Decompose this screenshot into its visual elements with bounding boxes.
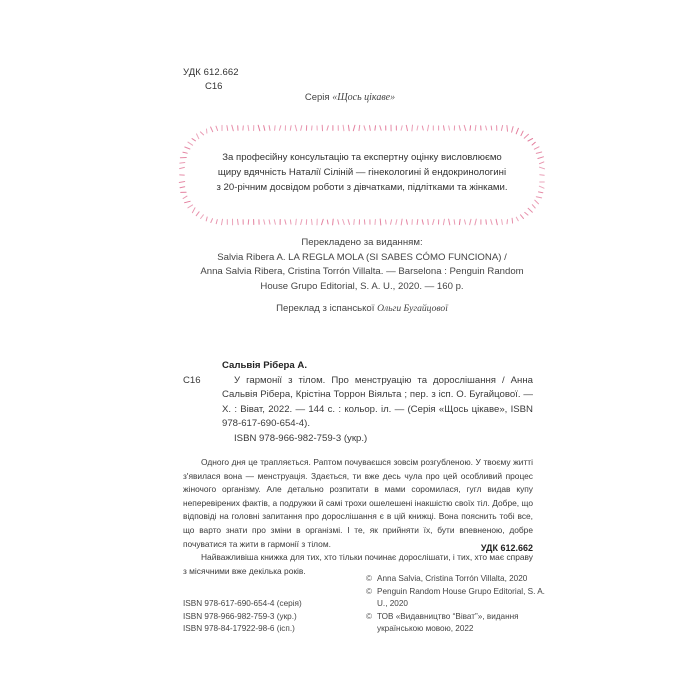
udk-header: УДК 612.662 С16 (183, 66, 239, 94)
isbn-list: ISBN 978-617-690-654-4 (серія) ISBN 978-… (183, 598, 302, 636)
bibliographic-record: Сальвія Рібера А. С16 У гармонії з тілом… (183, 359, 533, 446)
copyright-text: ТОВ «Видавництво “Віват”», видання украї… (377, 611, 546, 636)
ack-line: з 20-річним досвідом роботи з дівчатками… (176, 180, 548, 195)
copyright-icon: © (366, 611, 377, 636)
isbn-item: ISBN 978-966-982-759-3 (укр.) (183, 611, 302, 624)
annotation: Одного дня це трапляється. Раптом почува… (183, 456, 533, 578)
copyright-text: Penguin Random House Grupo Editorial, S.… (377, 586, 546, 611)
copyright-icon: © (366, 586, 377, 611)
source-line: Salvia Ribera A. LA REGLA MOLA (SI SABES… (176, 251, 548, 266)
series-name: «Щось цікаве» (332, 92, 395, 103)
ack-line: За професійну консультацію та експертну … (176, 150, 548, 165)
record-description: У гармонії з тілом. Про менструацію та д… (222, 374, 533, 432)
source-line: Anna Salvia Ribera, Cristina Torrón Vill… (176, 265, 548, 280)
isbn-item: ISBN 978-617-690-654-4 (серія) (183, 598, 302, 611)
copyright-text: Anna Salvia, Cristina Torrón Villalta, 2… (377, 573, 527, 586)
copyright-list: © Anna Salvia, Cristina Torrón Villalta,… (366, 573, 546, 636)
translation-info: Перекладено за виданням: Salvia Ribera A… (176, 236, 548, 317)
translator-prefix: Переклад з іспанської (276, 303, 374, 314)
udk-code: УДК 612.662 (183, 67, 239, 78)
author-name: Сальвія Рібера А. (222, 359, 533, 374)
copyright-item: © Penguin Random House Grupo Editorial, … (366, 586, 546, 611)
record-isbn: ISBN 978-966-982-759-3 (укр.) (234, 432, 533, 447)
udk-footer: УДК 612.662 (440, 543, 533, 553)
source-line: House Grupo Editorial, S. A. U., 2020. —… (176, 280, 548, 295)
copyright-icon: © (366, 573, 377, 586)
series-prefix: Серія (305, 92, 330, 103)
acknowledgement-text: За професійну консультацію та експертну … (176, 150, 548, 195)
copyright-item: © ТОВ «Видавництво “Віват”», видання укр… (366, 611, 546, 636)
translation-label: Перекладено за виданням: (176, 236, 548, 251)
record-classification: С16 (183, 374, 222, 432)
isbn-item: ISBN 978-84-17922-98-6 (ісп.) (183, 623, 302, 636)
annotation-paragraph: Одного дня це трапляється. Раптом почува… (183, 456, 533, 551)
copyright-item: © Anna Salvia, Cristina Torrón Villalta,… (366, 573, 546, 586)
translator-line: Переклад з іспанської Ольги Бугайцової (176, 302, 548, 317)
ack-line: щиру вдячність Наталії Сіліній — гінекол… (176, 165, 548, 180)
translator-name: Ольги Бугайцової (377, 303, 448, 314)
series-line: Серія «Щось цікаве» (0, 92, 700, 103)
